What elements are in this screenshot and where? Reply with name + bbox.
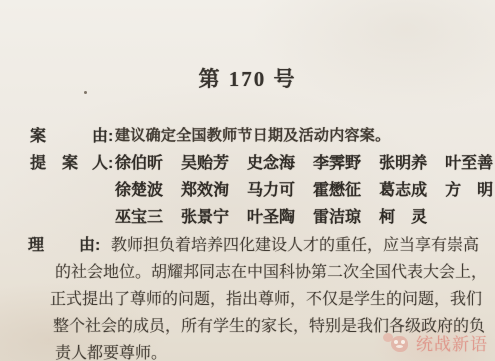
reason-label-rest: 由: — [79, 232, 100, 255]
proposer-name: 李霁野 — [313, 150, 361, 173]
reason-line: 正式提出了尊师的问题，指出尊师，不仅是学生的问题，我们 — [50, 286, 482, 309]
watermark-text: 统战新语 — [416, 330, 488, 355]
proposer-name: 雷洁琼 — [313, 204, 361, 227]
proposer-name: 叶至善 — [445, 150, 493, 173]
proposers-row-3: 巫宝三 张景宁 叶圣陶 雷洁琼 柯 灵 — [115, 204, 427, 227]
document-number-title: 第 170 号 — [0, 63, 495, 93]
reason-label-char: 理 — [28, 232, 44, 255]
proposers-row-2: 徐楚波 郑效洵 马力可 霍懋征 葛志成 方 明 — [115, 177, 493, 200]
proposer-name: 马力可 — [247, 177, 295, 200]
proposers-label-char1: 提 — [30, 150, 46, 173]
proposer-name: 巫宝三 — [115, 204, 163, 227]
proposers-label-char3: 人: — [92, 150, 113, 173]
proposer-name: 叶圣陶 — [247, 204, 295, 227]
proposers-row-1: 徐伯昕 吴贻芳 史念海 李霁野 张明养 叶至善 — [115, 150, 493, 173]
case-label-rest: 由: — [92, 123, 113, 146]
case-subject-text: 建议确定全国教师节日期及活动内容案。 — [115, 124, 390, 145]
watermark: 统战新语 — [383, 330, 488, 355]
proposer-name: 史念海 — [247, 150, 295, 173]
proposers-label-char2: 案 — [62, 150, 78, 173]
proposer-name: 郑效洵 — [181, 177, 229, 200]
proposer-name: 张明养 — [379, 150, 427, 173]
reason-line: 责人都要尊师。 — [55, 340, 167, 361]
proposer-name: 霍懋征 — [313, 177, 361, 200]
proposer-name: 柯 灵 — [379, 204, 427, 227]
proposer-name: 方 明 — [445, 177, 493, 200]
scanned-document-page: 第 170 号 案 由: 建议确定全国教师节日期及活动内容案。 提 案 人: 徐… — [0, 0, 495, 361]
reason-line: 的社会地位。胡耀邦同志在中国科协第二次全国代表大会上， — [55, 259, 487, 282]
proposer-name: 徐楚波 — [115, 177, 163, 200]
case-label-char: 案 — [30, 123, 46, 146]
proposer-name: 徐伯昕 — [115, 150, 163, 173]
watermark-logo-icon — [383, 332, 413, 354]
proposer-name: 吴贻芳 — [181, 150, 229, 173]
proposer-name: 葛志成 — [379, 177, 427, 200]
reason-line: 教师担负着培养四化建设人才的重任，应当享有崇高 — [111, 232, 479, 255]
proposer-name: 张景宁 — [181, 204, 229, 227]
